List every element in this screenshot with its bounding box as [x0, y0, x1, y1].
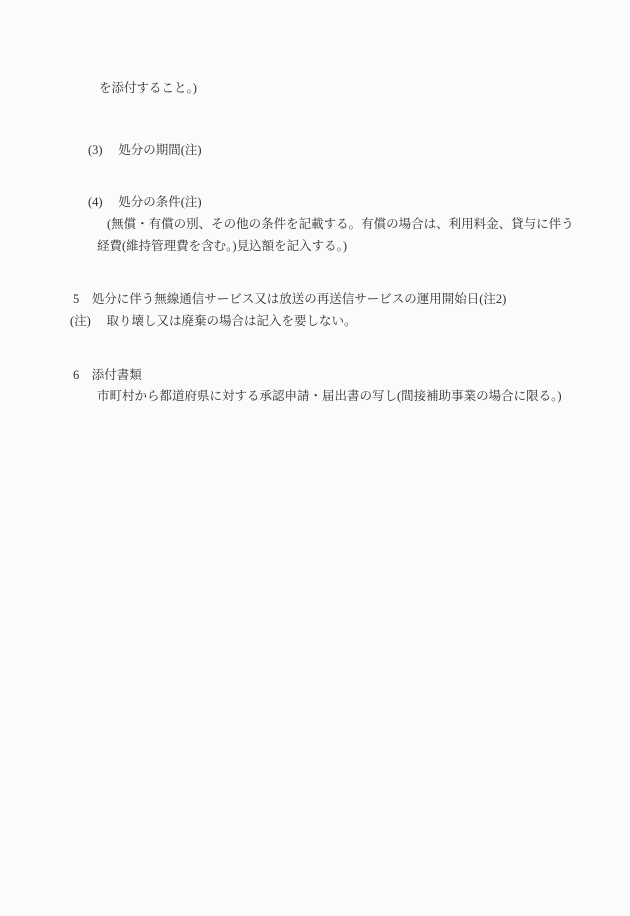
item-4-note-line-1: (無償・有償の別、その他の条件を記載する。有償の場合は、利用料金、貸与に伴う: [107, 216, 574, 232]
item-3-heading: (3) 処分の期間(注): [88, 142, 202, 158]
item-4-note-line-2: 経費(維持管理費を含む。)見込額を記入する。): [97, 238, 347, 254]
item-4-heading: (4) 処分の条件(注): [88, 194, 202, 210]
section-6-heading: 6 添付書類: [73, 367, 142, 383]
section-6-body: 市町村から都道府県に対する承認申請・届出書の写し(間接補助事業の場合に限る。): [97, 388, 562, 404]
section-5-heading: 5 処分に伴う無線通信サービス又は放送の再送信サービスの運用開始日(注2): [73, 291, 506, 307]
document-page: を添付すること。) (3) 処分の期間(注) (4) 処分の条件(注) (無償・…: [0, 0, 630, 916]
continuation-text: を添付すること。): [99, 80, 197, 96]
section-5-note: (注) 取り壊し又は廃棄の場合は記入を要しない。: [70, 313, 356, 329]
